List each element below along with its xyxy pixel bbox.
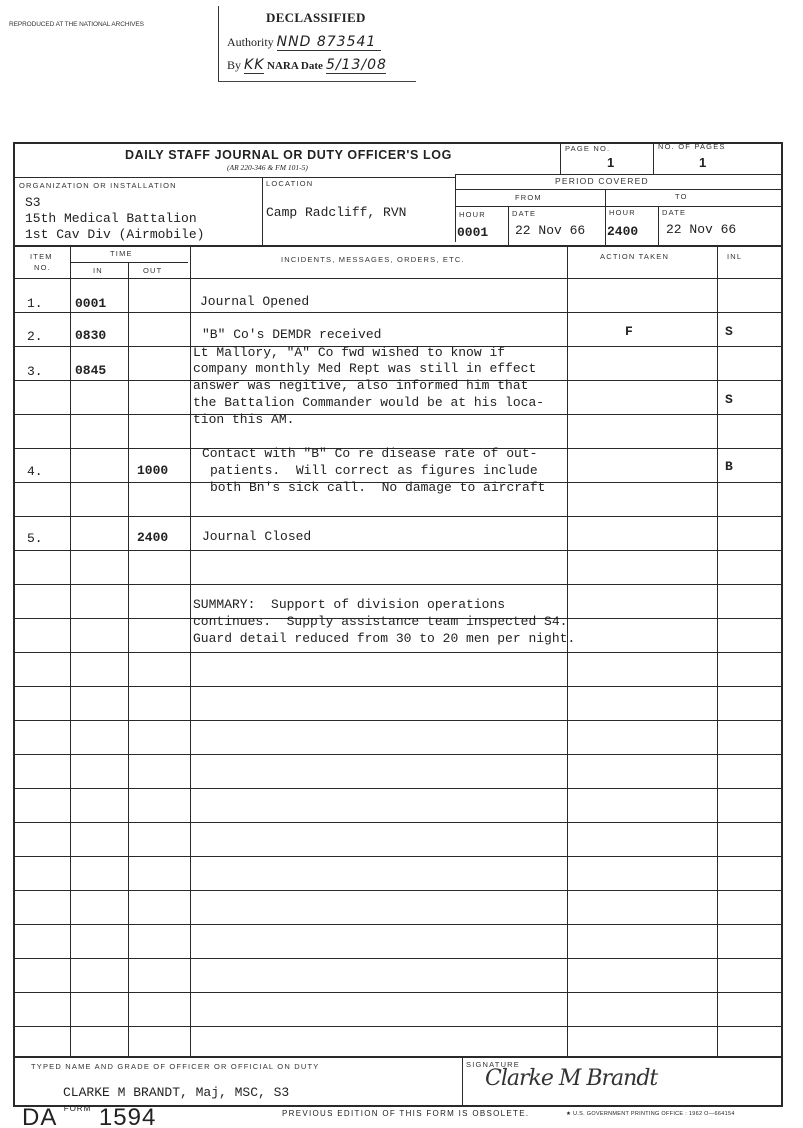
printing-office: ★ U.S. GOVERNMENT PRINTING OFFICE : 1962…: [566, 1111, 735, 1117]
entry-3-text-3: answer was negitive, also informed him t…: [193, 378, 528, 393]
item-no-header-1: ITEM: [30, 252, 53, 261]
page-no-value: 1: [607, 155, 614, 170]
stamp-authority-row: Authority NND 873541: [227, 34, 381, 51]
form-number: 1594: [99, 1104, 156, 1128]
to-hour-label: HOUR: [609, 208, 636, 217]
reproduced-notice: REPRODUCED AT THE NATIONAL ARCHIVES: [9, 21, 144, 28]
time-in-header: IN: [93, 266, 103, 275]
entry-5-item: 5.: [27, 531, 43, 546]
entry-1-text: Journal Opened: [200, 294, 309, 309]
from-hour-value: 0001: [457, 225, 488, 240]
summary-line-1: SUMMARY: Support of division operations: [193, 597, 505, 612]
form-regulation: (AR 220-346 & FM 101-5): [227, 163, 308, 172]
obsolete-notice: PREVIOUS EDITION OF THIS FORM IS OBSOLET…: [282, 1109, 529, 1118]
entry-1-time-in: 0001: [75, 296, 106, 311]
organization-line-3: 1st Cav Div (Airmobile): [25, 227, 204, 242]
entry-4-text-2: patients. Will correct as figures includ…: [210, 463, 538, 478]
from-hour-label: HOUR: [459, 210, 486, 219]
location-label: LOCATION: [266, 179, 313, 188]
entry-4-text-1: Contact with "B" Co re disease rate of o…: [202, 446, 537, 461]
stamp-title: DECLASSIFIED: [266, 10, 366, 26]
signature: Clarke M Brandt: [485, 1066, 657, 1091]
entry-4-inl: B: [725, 459, 733, 474]
to-hour-value: 2400: [607, 224, 638, 239]
entry-2-text: "B" Co's DEMDR received: [202, 327, 381, 342]
stamp-by-row: By KK NARA Date 5/13/08: [227, 57, 386, 74]
entry-3-text-5: tion this AM.: [193, 412, 294, 427]
to-date-value: 22 Nov 66: [666, 222, 736, 237]
time-header: TIME: [110, 249, 133, 258]
by-value: KK: [244, 57, 264, 74]
entry-2-item: 2.: [27, 329, 43, 344]
time-out-header: OUT: [143, 266, 162, 275]
entry-5-time-out: 2400: [137, 530, 168, 545]
entry-3-text-2: company monthly Med Rept was still in ef…: [193, 361, 536, 376]
authority-label: Authority: [227, 35, 274, 49]
summary-line-2: continues. Supply assistance team inspec…: [193, 614, 567, 629]
nara-date-label: NARA Date: [267, 60, 323, 72]
form-id: DA FORM 1594: [22, 1104, 156, 1128]
page-no-label: PAGE NO.: [565, 144, 610, 153]
entry-3-item: 3.: [27, 364, 43, 379]
organization-line-2: 15th Medical Battalion: [25, 211, 197, 226]
organization-line-1: S3: [25, 195, 41, 210]
officer-label: TYPED NAME AND GRADE OF OFFICER OR OFFIC…: [31, 1062, 319, 1071]
authority-value: NND 873541: [277, 34, 381, 51]
entry-3-time-in: 0845: [75, 363, 106, 378]
period-covered-label: PERIOD COVERED: [555, 176, 649, 186]
entry-4-item: 4.: [27, 464, 43, 479]
no-of-pages-label: NO. OF PAGES: [658, 142, 726, 151]
entry-2-time-in: 0830: [75, 328, 106, 343]
organization-label: ORGANIZATION OR INSTALLATION: [19, 181, 177, 190]
from-date-value: 22 Nov 66: [515, 223, 585, 238]
entry-4-time-out: 1000: [137, 463, 168, 478]
entry-3-text-1: Lt Mallory, "A" Co fwd wished to know if: [193, 345, 505, 360]
summary-line-3: Guard detail reduced from 30 to 20 men p…: [193, 631, 575, 646]
location-value: Camp Radcliff, RVN: [266, 205, 406, 220]
officer-name: CLARKE M BRANDT, Maj, MSC, S3: [63, 1085, 289, 1100]
incidents-header: INCIDENTS, MESSAGES, ORDERS, ETC.: [281, 255, 465, 264]
journal-form: DAILY STAFF JOURNAL OR DUTY OFFICER'S LO…: [13, 142, 783, 1107]
to-date-label: DATE: [662, 208, 686, 217]
entry-2-inl: S: [725, 324, 733, 339]
action-taken-header: ACTION TAKEN: [600, 252, 669, 261]
form-word: FORM: [64, 1104, 92, 1113]
entry-2-action: F: [625, 324, 633, 339]
from-label: FROM: [515, 193, 542, 202]
by-label: By: [227, 58, 241, 72]
entry-4-text-3: both Bn's sick call. No damage to aircra…: [210, 480, 545, 495]
nara-date-value: 5/13/08: [326, 57, 386, 74]
declassified-stamp: DECLASSIFIED Authority NND 873541 By KK …: [218, 6, 416, 82]
entry-1-item: 1.: [27, 296, 43, 311]
entry-3-inl: S: [725, 392, 733, 407]
entry-5-text: Journal Closed: [202, 529, 311, 544]
from-date-label: DATE: [512, 209, 536, 218]
entry-3-text-4: the Battalion Commander would be at his …: [193, 395, 544, 410]
to-label: TO: [675, 192, 688, 201]
form-prefix: DA: [22, 1104, 56, 1128]
inl-header: INL: [727, 252, 742, 261]
no-of-pages-value: 1: [699, 155, 706, 170]
form-title: DAILY STAFF JOURNAL OR DUTY OFFICER'S LO…: [125, 148, 452, 162]
item-no-header-2: NO.: [34, 263, 51, 272]
